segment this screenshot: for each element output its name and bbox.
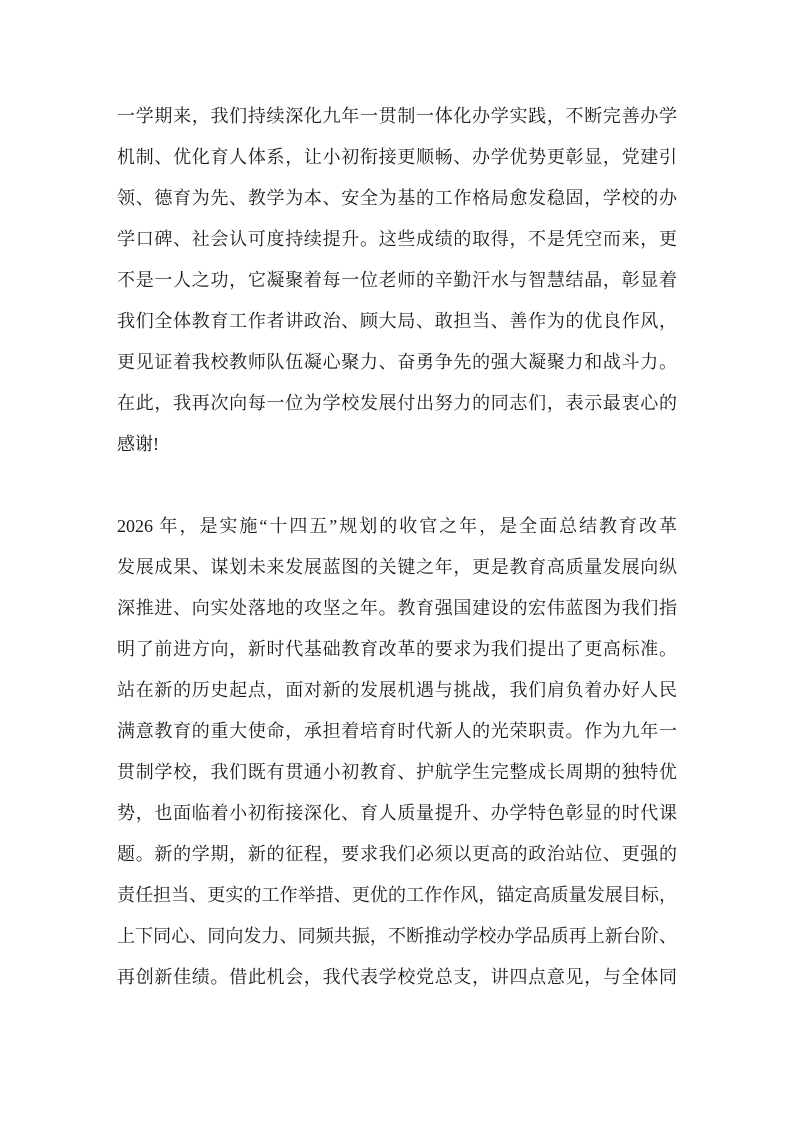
text-line: 感谢! <box>117 424 677 465</box>
text-line: 贯制学校，我们既有贯通小初教育、护航学生完整成长周期的独特优 <box>117 752 677 793</box>
document-page: 一学期来，我们持续深化九年一贯制一体化办学实践，不断完善办学机制、优化育人体系，… <box>0 0 793 1122</box>
text-line: 题。新的学期，新的征程，要求我们必须以更高的政治站位、更强的 <box>117 834 677 875</box>
document-body: 一学期来，我们持续深化九年一贯制一体化办学实践，不断完善办学机制、优化育人体系，… <box>117 96 677 998</box>
text-line: 我们全体教育工作者讲政治、顾大局、敢担当、善作为的优良作风， <box>117 301 677 342</box>
text-line: 更见证着我校教师队伍凝心聚力、奋勇争先的强大凝聚力和战斗力。 <box>117 342 677 383</box>
text-line: 学口碑、社会认可度持续提升。这些成绩的取得，不是凭空而来，更 <box>117 219 677 260</box>
text-line: 站在新的历史起点，面对新的发展机遇与挑战，我们肩负着办好人民 <box>117 670 677 711</box>
text-line: 发展成果、谋划未来发展蓝图的关键之年，更是教育高质量发展向纵 <box>117 547 677 588</box>
text-line: 一学期来，我们持续深化九年一贯制一体化办学实践，不断完善办学 <box>117 96 677 137</box>
text-line: 上下同心、同向发力、同频共振，不断推动学校办学品质再上新台阶、 <box>117 916 677 957</box>
paragraph: 2026 年，是实施“十四五”规划的收官之年，是全面总结教育改革发展成果、谋划未… <box>117 506 677 998</box>
paragraph: 一学期来，我们持续深化九年一贯制一体化办学实践，不断完善办学机制、优化育人体系，… <box>117 96 677 465</box>
text-line: 在此，我再次向每一位为学校发展付出努力的同志们，表示最衷心的 <box>117 383 677 424</box>
text-line: 再创新佳绩。借此机会，我代表学校党总支，讲四点意见，与全体同 <box>117 957 677 998</box>
text-line: 满意教育的重大使命，承担着培育时代新人的光荣职责。作为九年一 <box>117 711 677 752</box>
text-line: 势，也面临着小初衔接深化、育人质量提升、办学特色彰显的时代课 <box>117 793 677 834</box>
text-line: 机制、优化育人体系，让小初衔接更顺畅、办学优势更彰显，党建引 <box>117 137 677 178</box>
text-line: 不是一人之功，它凝聚着每一位老师的辛勤汗水与智慧结晶，彰显着 <box>117 260 677 301</box>
text-line: 2026 年，是实施“十四五”规划的收官之年，是全面总结教育改革 <box>117 506 677 547</box>
text-line: 责任担当、更实的工作举措、更优的工作作风，锚定高质量发展目标， <box>117 875 677 916</box>
text-line: 领、德育为先、教学为本、安全为基的工作格局愈发稳固，学校的办 <box>117 178 677 219</box>
text-line: 明了前进方向，新时代基础教育改革的要求为我们提出了更高标准。 <box>117 629 677 670</box>
text-line: 深推进、向实处落地的攻坚之年。教育强国建设的宏伟蓝图为我们指 <box>117 588 677 629</box>
